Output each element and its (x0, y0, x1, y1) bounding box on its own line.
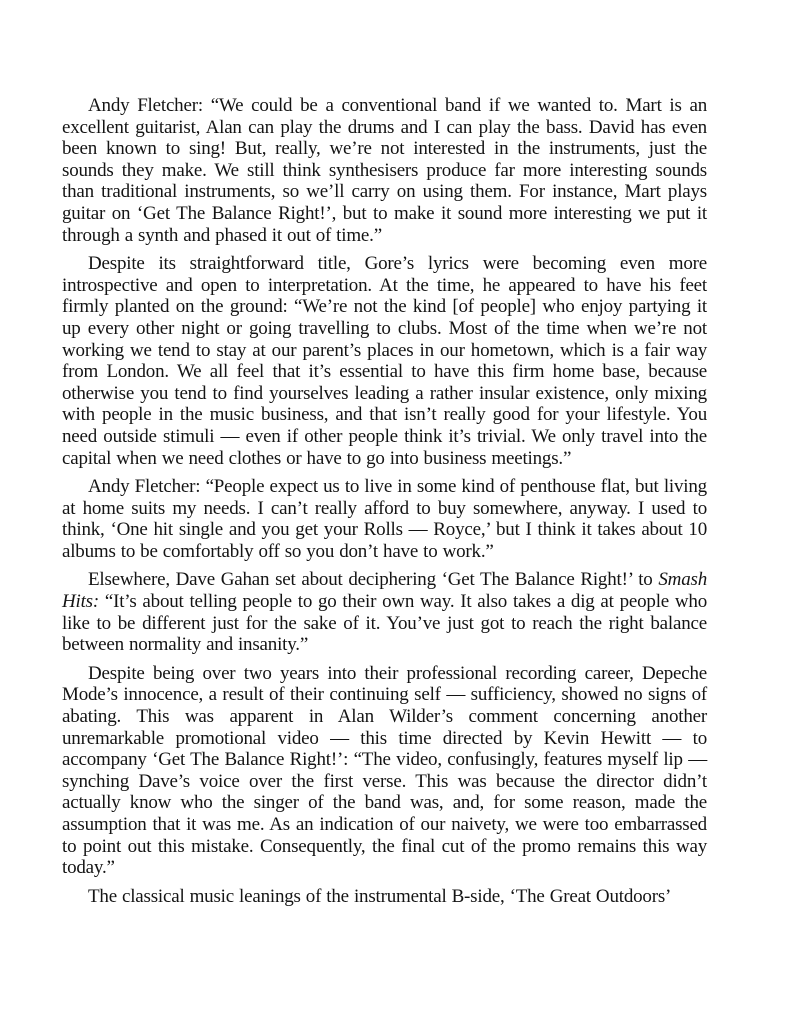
text-segment: “It’s about telling people to go their o… (62, 591, 707, 655)
paragraph-3: Andy Fletcher: “People expect us to live… (62, 476, 707, 562)
text-segment: Elsewhere, Dave Gahan set about decipher… (88, 569, 658, 590)
paragraph-1: Andy Fletcher: “We could be a convention… (62, 95, 707, 246)
text-segment: Andy Fletcher: “People expect us to live… (62, 476, 707, 562)
text-segment: Andy Fletcher: “We could be a convention… (62, 95, 707, 246)
text-segment: Despite being over two years into their … (62, 663, 707, 878)
text-segment: The classical music leanings of the inst… (88, 886, 671, 907)
paragraph-6: The classical music leanings of the inst… (62, 886, 707, 908)
text-segment: Despite its straightforward title, Gore’… (62, 253, 707, 468)
book-page: Andy Fletcher: “We could be a convention… (0, 0, 800, 1035)
paragraph-5: Despite being over two years into their … (62, 663, 707, 879)
text-content: Andy Fletcher: “We could be a convention… (62, 95, 707, 914)
paragraph-4: Elsewhere, Dave Gahan set about decipher… (62, 569, 707, 655)
paragraph-2: Despite its straightforward title, Gore’… (62, 253, 707, 469)
